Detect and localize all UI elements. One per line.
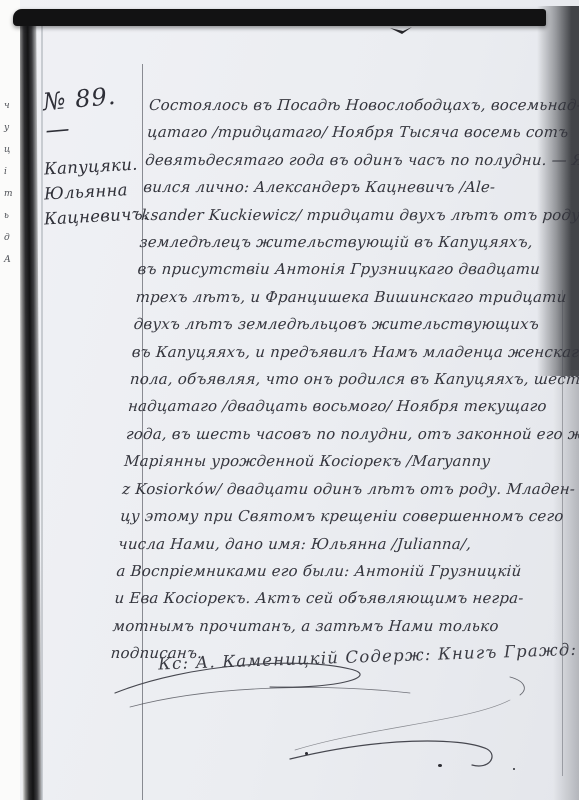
top-black-scan-bar	[13, 9, 546, 26]
edge-fragment: ь	[4, 212, 13, 221]
facing-page-text-fragments: ч у ц і т ь д А	[4, 102, 13, 265]
edge-fragment: т	[4, 190, 13, 199]
edge-fragment: ч	[4, 102, 13, 111]
ink-speck	[305, 752, 308, 755]
record-body-text: Состоялось въ Посадѣ Новослободцахъ, вос…	[110, 92, 564, 668]
record-line: z Kosiorków/ двадцати одинъ лѣтъ отъ род…	[121, 476, 537, 503]
margin-surname: Кацневичъ.	[43, 202, 140, 232]
record-line: ksander Kuckiewicz/ тридцати двухъ лѣтъ …	[140, 202, 556, 229]
record-line: а Воспріемниками его были: Антоній Грузн…	[116, 558, 532, 585]
ink-speck	[513, 768, 515, 770]
record-line: двухъ лѣтъ земледѣльцовъ жительствующихъ	[133, 311, 549, 338]
right-margin-rule	[562, 290, 563, 776]
record-line: въ присутствіи Антонія Грузницкаго двадц…	[137, 256, 553, 283]
record-line: числа Нами, дано имя: Юльянна /Julianna/…	[117, 531, 533, 558]
entry-number: № 89. —	[42, 80, 143, 144]
edge-fragment: ц	[4, 146, 13, 155]
record-line: цатаго /тридцатаго/ Ноября Тысяча восемь…	[146, 119, 562, 146]
ink-speck	[438, 764, 442, 767]
record-line: въ Капуцяяхъ, и предъявилъ Намъ младенца…	[131, 339, 547, 366]
record-line: вился лично: Александеръ Кацневичъ /Ale-	[142, 174, 558, 201]
record-line: цу этому при Святомъ крещеніи совершенно…	[119, 503, 535, 530]
edge-fragment: і	[4, 168, 13, 177]
scanned-record-page: ч у ц і т ь д А № 89. — Капуцяки. Юльянн…	[0, 0, 579, 800]
edge-fragment: А	[4, 256, 13, 265]
record-line: пола, объявляя, что онъ родился въ Капуц…	[129, 366, 545, 393]
record-line: трехъ лѣтъ, и Францишека Вишинскаго трид…	[135, 284, 551, 311]
record-line: девятьдесятаго года въ одинъ часъ по пол…	[144, 147, 560, 174]
record-line: мотнымъ прочитанъ, а затѣмъ Нами только	[112, 613, 528, 640]
record-line: и Ева Косіорекъ. Актъ сей объявляющимъ н…	[114, 585, 530, 612]
record-line: года, въ шесть часовъ по полудни, отъ за…	[125, 421, 541, 448]
record-line: Состоялось въ Посадѣ Новослободцахъ, вос…	[148, 92, 564, 119]
signature-flourish	[40, 655, 540, 795]
margin-column: № 89. — Капуцяки. Юльянна Кацневичъ.	[44, 84, 140, 229]
edge-fragment: д	[4, 234, 13, 243]
record-line: Маріянны урожденной Косіорекъ /Maryanny	[123, 448, 539, 475]
ink-check-mark	[388, 24, 414, 38]
edge-fragment: у	[4, 124, 13, 133]
book-binding-shadow	[17, 24, 41, 800]
record-line: надцатаго /двадцать восьмого/ Ноября тек…	[127, 393, 543, 420]
record-line: земледѣлецъ жительствующій въ Капуцяяхъ,	[139, 229, 555, 256]
